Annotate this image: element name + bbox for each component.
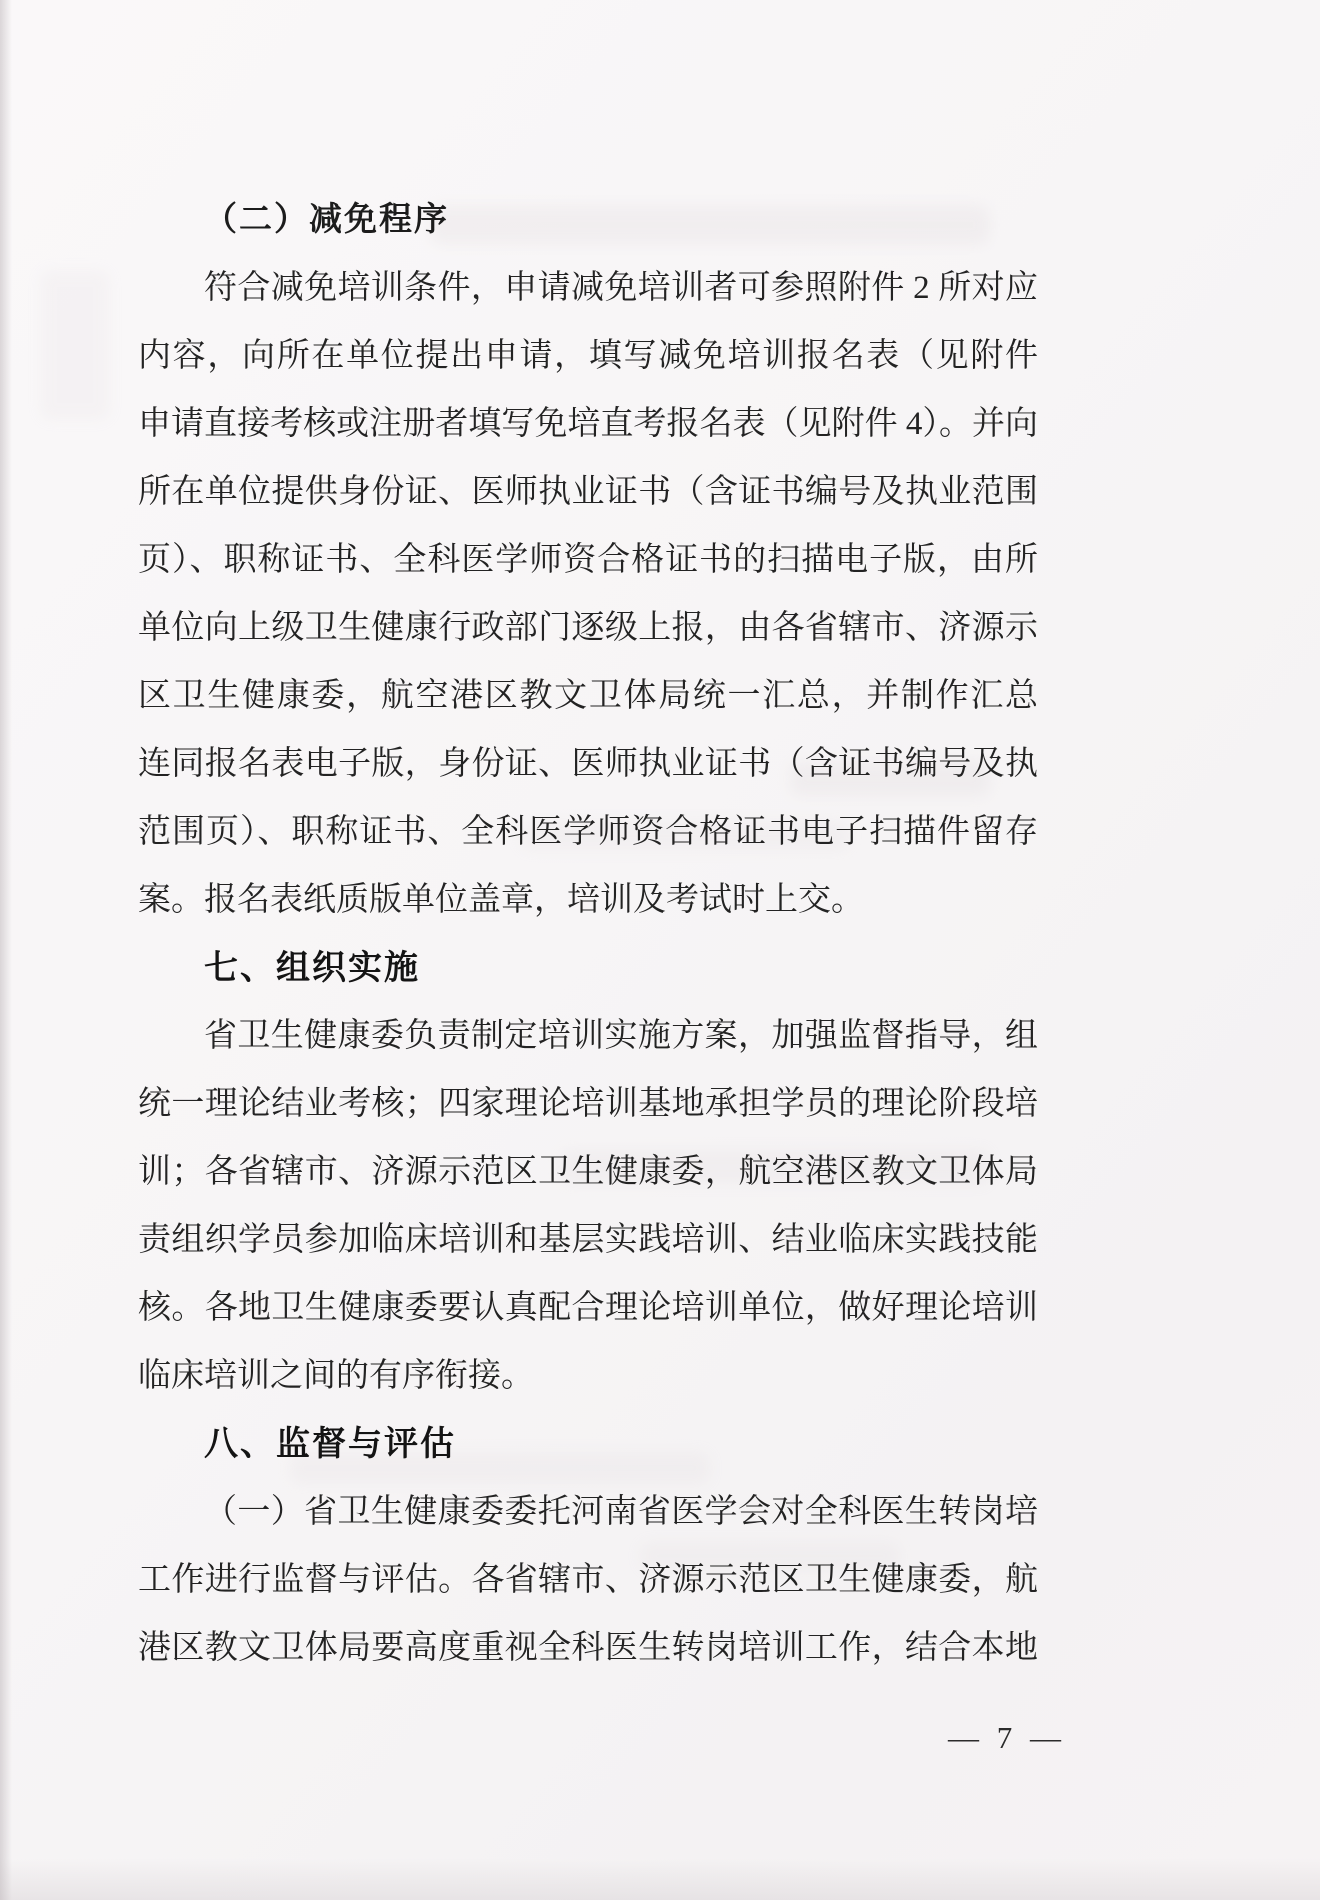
body-line: 临床培训之间的有序衔接。 xyxy=(138,1342,1038,1410)
body-line: 核。各地卫生健康委要认真配合理论培训单位，做好理论培训与 xyxy=(138,1274,1038,1342)
section-heading-7: 七、组织实施 xyxy=(138,934,1038,1002)
page-number: — 7 — xyxy=(948,1720,1066,1756)
body-line: 页）、职称证书、全科医学师资合格证书的扫描电子版，由所在 xyxy=(138,526,1038,594)
body-line: （一）省卫生健康委委托河南省医学会对全科医生转岗培训 xyxy=(138,1478,1038,1546)
body-line: 统一理论结业考核；四家理论培训基地承担学员的理论阶段培 xyxy=(138,1070,1038,1138)
body-line: 省卫生健康委负责制定培训实施方案，加强监督指导，组织 xyxy=(138,1002,1038,1070)
body-line: 案。报名表纸质版单位盖章，培训及考试时上交。 xyxy=(138,866,1038,934)
scan-edge-shadow-bottom xyxy=(0,1858,1320,1900)
body-line: 内容，向所在单位提出申请，填写减免培训报名表（见附件 3）； xyxy=(138,322,1038,390)
text-column: （二）减免程序 符合减免培训条件，申请减免培训者可参照附件 2 所对应的 内容，… xyxy=(138,186,1038,1682)
body-line: 区卫生健康委，航空港区教文卫体局统一汇总，并制作汇总表， xyxy=(138,662,1038,730)
body-line: 范围页）、职称证书、全科医学师资合格证书电子扫描件留存备 xyxy=(138,798,1038,866)
body-line: 责组织学员参加临床培训和基层实践培训、结业临床实践技能考 xyxy=(138,1206,1038,1274)
body-line: 申请直接考核或注册者填写免培直考报名表（见附件 4）。并向 xyxy=(138,390,1038,458)
page-scan: （二）减免程序 符合减免培训条件，申请减免培训者可参照附件 2 所对应的 内容，… xyxy=(0,0,1320,1900)
section-heading-8: 八、监督与评估 xyxy=(138,1410,1038,1478)
section-heading-sub: （二）减免程序 xyxy=(138,186,1038,254)
body-line: 单位向上级卫生健康行政部门逐级上报，由各省辖市、济源示范 xyxy=(138,594,1038,662)
body-line: 符合减免培训条件，申请减免培训者可参照附件 2 所对应的 xyxy=(138,254,1038,322)
body-line: 工作进行监督与评估。各省辖市、济源示范区卫生健康委，航空 xyxy=(138,1546,1038,1614)
scan-edge-shadow-left xyxy=(0,0,12,1900)
body-line: 训；各省辖市、济源示范区卫生健康委，航空港区教文卫体局负 xyxy=(138,1138,1038,1206)
bleed-through-mark xyxy=(40,270,110,420)
body-line: 连同报名表电子版，身份证、医师执业证书（含证书编号及执业 xyxy=(138,730,1038,798)
body-line: 港区教文卫体局要高度重视全科医生转岗培训工作，结合本地实 xyxy=(138,1614,1038,1682)
body-line: 所在单位提供身份证、医师执业证书（含证书编号及执业范围 xyxy=(138,458,1038,526)
